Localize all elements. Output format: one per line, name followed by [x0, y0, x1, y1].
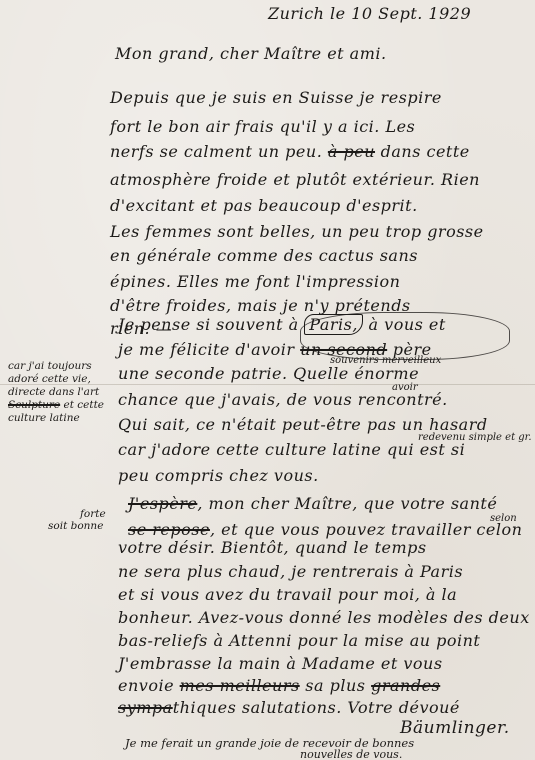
p3-line-10-text: thiques salutations. Votre dévoué	[173, 698, 460, 717]
p3-line-5: et si vous avez du travail pour moi, à l…	[118, 585, 457, 604]
p1-line-4: atmosphère froide et plutôt extérieur. R…	[110, 170, 480, 189]
p1-line-1: Depuis que je suis en Suisse je respire	[110, 88, 442, 107]
p2-line-7: peu compris chez vous.	[118, 466, 319, 485]
p1-line-8: épines. Elles me font l'impression	[110, 272, 400, 291]
p1-line-3: nerfs se calment un peu. à peu dans cett…	[110, 142, 470, 161]
margin-struck-sculpture: Sculpture	[8, 399, 60, 411]
p3-struck-jespere: J'espère	[128, 494, 197, 513]
postscript-line-2: nouvelles de vous.	[300, 748, 402, 760]
p3-struck-meilleurs: mes meilleurs	[180, 676, 300, 695]
p3-struck-sympa: sympa	[118, 698, 173, 717]
p2-line-6: car j'adore cette culture latine qui est…	[118, 440, 465, 459]
p1-line-6: Les femmes sont belles, un peu trop gros…	[110, 222, 484, 241]
p3-line-8: J'embrasse la main à Madame et vous	[118, 654, 443, 673]
salutation: Mon grand, cher Maître et ami.	[115, 44, 387, 63]
margin-note-1-line-3: directe dans l'art	[8, 386, 118, 399]
dateline: Zurich le 10 Sept. 1929	[268, 4, 471, 23]
margin-note-2: soit bonne	[48, 520, 103, 533]
signature: Bäumlinger.	[400, 718, 510, 738]
p3-line-4: ne sera plus chaud, je rentrerais à Pari…	[118, 562, 463, 581]
p3-struck-se-repose: se repose	[128, 520, 210, 539]
p2-line-2-pre: je me félicite d'avoir	[118, 340, 295, 359]
p1-line-7: en générale comme des cactus sans	[110, 246, 418, 265]
p3-line-2-text: , et que vous pouvez travailler celon	[210, 520, 522, 539]
p1-struck-a-peu: à peu	[328, 142, 375, 161]
p2-line-4: chance que j'avais, de vous rencontré.	[118, 390, 448, 409]
p1-line-3-end: dans cette	[381, 142, 470, 161]
margin-note-1-line-4: Sculpture et cette	[8, 399, 118, 412]
margin-note-1-line-5: culture latine	[8, 412, 118, 425]
circled-passage	[300, 312, 510, 360]
p3-line-9: envoie mes meilleurs sa plus grandes	[118, 676, 440, 695]
p3-line-1: J'espère, mon cher Maître, que votre san…	[128, 494, 497, 513]
margin-note-1-line-2: adoré cette vie,	[8, 373, 118, 386]
p2-line-3: une seconde patrie. Quelle énorme	[118, 364, 419, 383]
p3-line-9-pre: envoie	[118, 676, 174, 695]
p3-line-2: se repose, et que vous pouvez travailler…	[128, 520, 522, 539]
p3-line-1-text: , mon cher Maître, que votre santé	[197, 494, 497, 513]
p3-struck-grandes: grandes	[371, 676, 440, 695]
margin-note-1: car j'ai toujours adoré cette vie, direc…	[8, 360, 118, 425]
p3-line-7: bas-reliefs à Attenni pour la mise au po…	[118, 631, 480, 650]
p1-line-3-text: nerfs se calment un peu.	[110, 142, 322, 161]
p1-line-2: fort le bon air frais qu'il y a ici. Les	[110, 117, 415, 136]
p3-line-3: votre désir. Bientôt, quand le temps	[118, 538, 427, 557]
p3-line-9-mid: sa plus	[305, 676, 365, 695]
p3-line-6: bonheur. Avez-vous donné les modèles des…	[118, 608, 530, 627]
margin-note-1-line-1: car j'ai toujours	[8, 360, 118, 373]
p1-line-5: d'excitant et pas beaucoup d'esprit.	[110, 196, 418, 215]
p3-line-10: sympathiques salutations. Votre dévoué	[118, 698, 460, 717]
p2-line-1-pre: Je pense si souvent à	[118, 315, 299, 334]
